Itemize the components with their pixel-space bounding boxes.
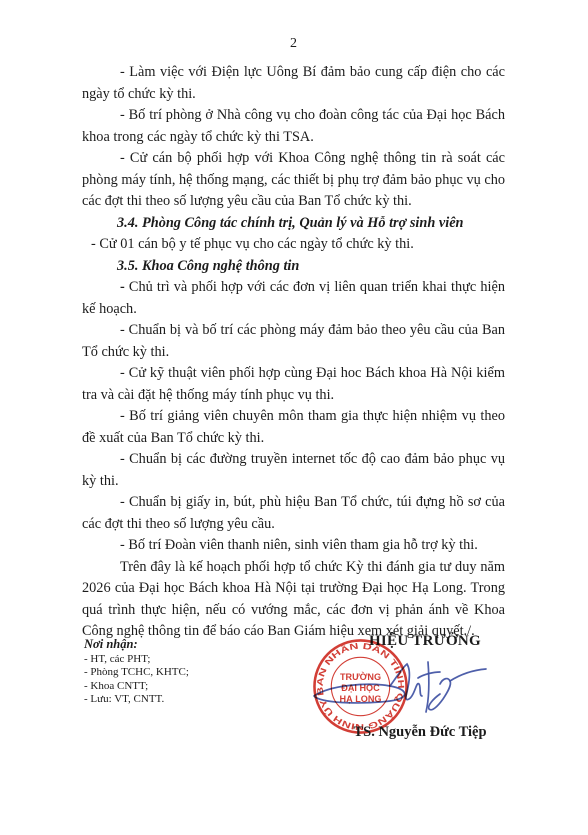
paragraph: - Cử cán bộ phối hợp với Khoa Công nghệ … [82, 148, 505, 213]
section-heading-3-5: 3.5. Khoa Công nghệ thông tin [82, 256, 505, 278]
page-number: 2 [82, 36, 505, 52]
signer-name: TS. Nguyễn Đức Tiệp [340, 724, 500, 741]
recipients-title: Nơi nhận: [84, 638, 189, 652]
paragraph: - Cử 01 cán bộ y tế phục vụ cho các ngày… [82, 234, 505, 256]
bold-dash: - [120, 279, 129, 295]
paragraph: - Bố trí phòng ở Nhà công vụ cho đoàn cô… [82, 105, 505, 148]
recipients-block: Nơi nhận: - HT, các PHT; - Phòng TCHC, K… [84, 638, 189, 707]
document-page: 2 - Làm việc với Điện lực Uông Bí đảm bả… [0, 0, 588, 835]
paragraph: - Làm việc với Điện lực Uông Bí đảm bảo … [82, 62, 505, 105]
paragraph: - Bố trí giảng viên chuyên môn tham gia … [82, 406, 505, 449]
closing-paragraph: Trên đây là kế hoạch phối hợp tổ chức Kỳ… [82, 557, 505, 643]
handwritten-signature-icon [306, 650, 491, 720]
recipient-item: - HT, các PHT; [84, 653, 189, 667]
paragraph: - Chuẩn bị các đường truyền internet tốc… [82, 449, 505, 492]
recipient-item: - Khoa CNTT; [84, 680, 189, 694]
paragraph: - Chuẩn bị và bố trí các phòng máy đảm b… [82, 320, 505, 363]
recipient-item: - Lưu: VT, CNTT. [84, 693, 189, 707]
recipient-item: - Phòng TCHC, KHTC; [84, 666, 189, 680]
document-body: - Làm việc với Điện lực Uông Bí đảm bảo … [82, 62, 505, 643]
paragraph: - Chuẩn bị giấy in, bút, phù hiệu Ban Tổ… [82, 492, 505, 535]
paragraph: - Cử kỹ thuật viên phối hợp cùng Đại hoc… [82, 363, 505, 406]
section-heading-3-4: 3.4. Phòng Công tác chính trị, Quản lý v… [82, 213, 505, 235]
paragraph: - Chủ trì và phối hợp với các đơn vị liê… [82, 277, 505, 320]
paragraph: - Bố trí Đoàn viên thanh niên, sinh viên… [82, 535, 505, 557]
